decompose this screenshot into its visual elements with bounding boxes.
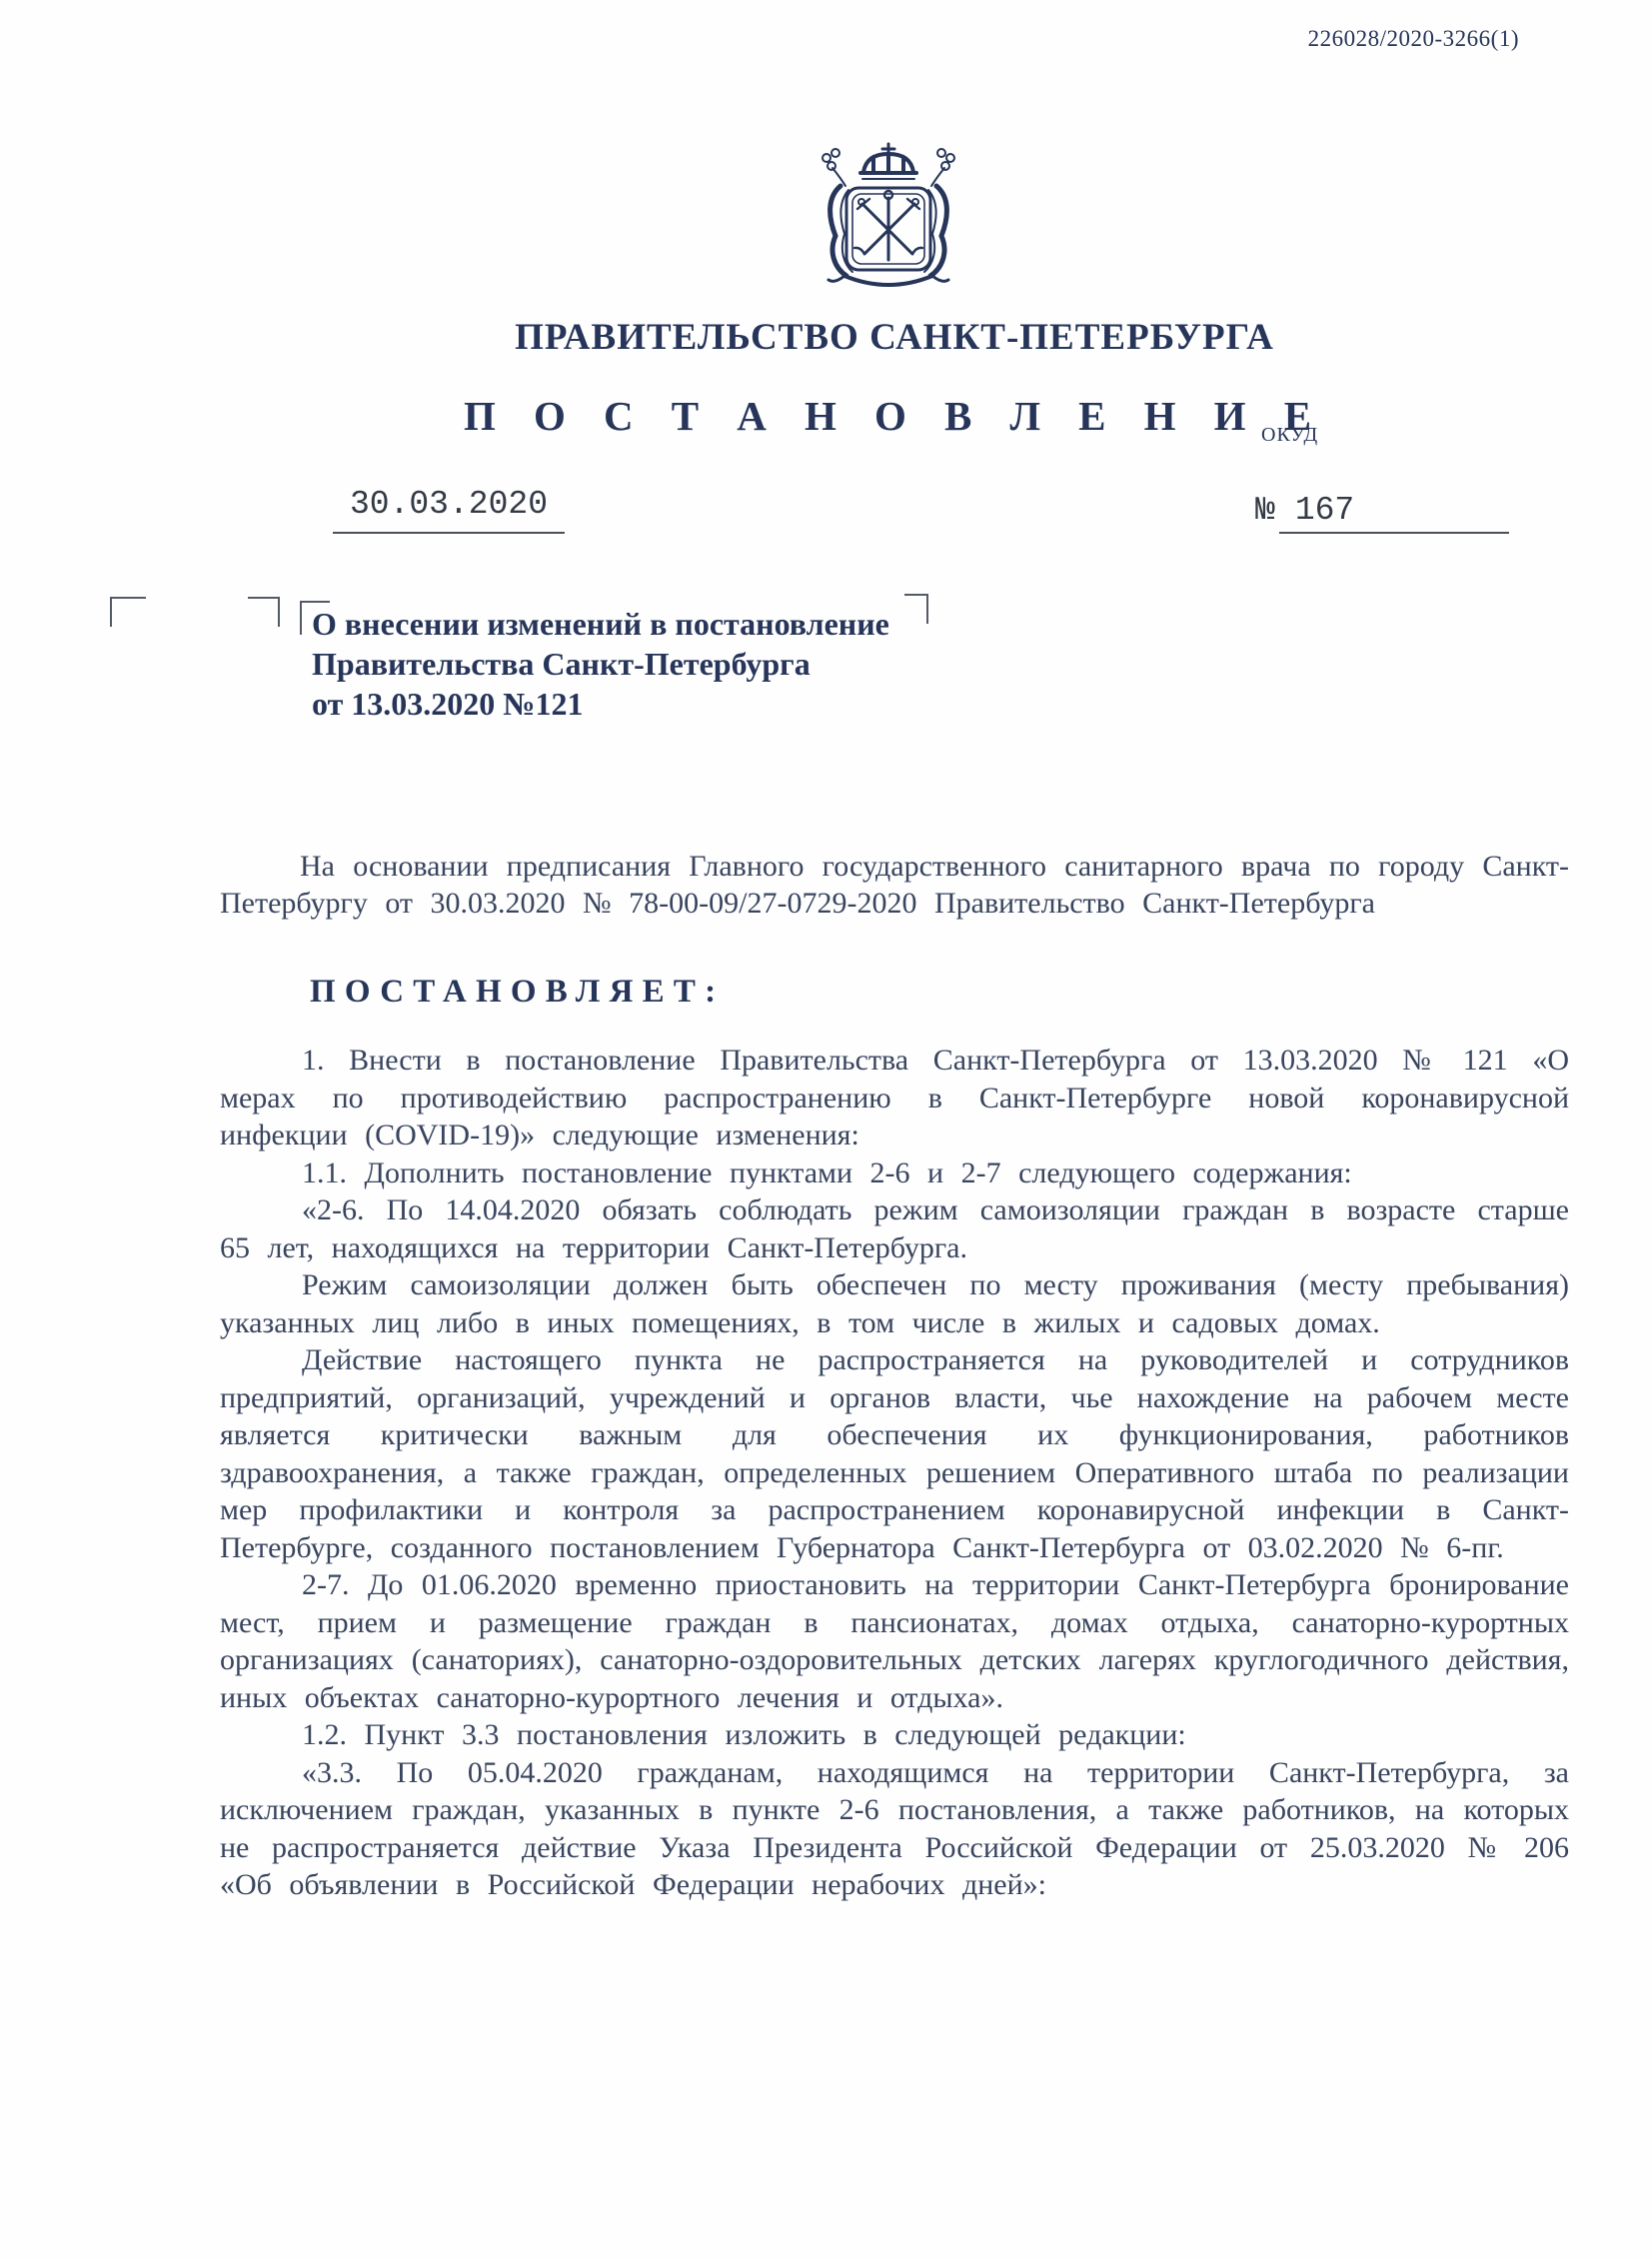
subject-block: О внесении изменений в постановлениеПрав… xyxy=(312,604,971,724)
intro-paragraph: На основании предписания Главного госуда… xyxy=(220,848,1569,922)
body-paragraph: 1.1. Дополнить постановление пунктами 2-… xyxy=(220,1154,1569,1192)
doc-number-value: 167 xyxy=(1279,490,1509,534)
subject-line: О внесении изменений в постановление xyxy=(312,604,971,644)
corner-mark-address-left xyxy=(110,597,146,627)
org-name: ПРАВИТЕЛЬСТВО САНКТ-ПЕТЕРБУРГА xyxy=(220,316,1569,359)
body-text: 1. Внести в постановление Правительства … xyxy=(220,1042,1569,1904)
subject-line: Правительства Санкт-Петербурга xyxy=(312,644,971,684)
corner-mark-address-right xyxy=(248,597,280,627)
body-paragraph: 1.2. Пункт 3.3 постановления изложить в … xyxy=(220,1716,1569,1754)
document-page: 226028/2020-3266(1) xyxy=(0,0,1652,2260)
doc-type-title: П О С Т А Н О В Л Е Н И Е xyxy=(464,393,1325,439)
subject-line: от 13.03.2020 №121 xyxy=(312,684,971,724)
body-paragraph: 2-7. До 01.06.2020 временно приостановит… xyxy=(220,1566,1569,1716)
spb-coat-of-arms-icon xyxy=(783,140,994,306)
doc-type-row: П О С Т А Н О В Л Е Н И Е xyxy=(220,392,1569,440)
doc-number-field: №167 xyxy=(1255,490,1509,536)
body-paragraph: Режим самоизоляции должен быть обеспечен… xyxy=(220,1266,1569,1341)
body-paragraph: Действие настоящего пункта не распростра… xyxy=(220,1341,1569,1566)
body-paragraph: 1. Внести в постановление Правительства … xyxy=(220,1042,1569,1154)
body-paragraph: «2-6. По 14.04.2020 обязать соблюдать ре… xyxy=(220,1191,1569,1266)
number-sign: № xyxy=(1255,490,1275,532)
registration-code: 226028/2020-3266(1) xyxy=(1308,26,1519,52)
okud-label: ОКУД xyxy=(1261,424,1318,447)
doc-date-field: 30.03.2020 xyxy=(333,482,565,534)
body-paragraph: «3.3. По 05.04.2020 гражданам, находящим… xyxy=(220,1754,1569,1904)
resolves-heading: ПОСТАНОВЛЯЕТ: xyxy=(310,974,725,1011)
